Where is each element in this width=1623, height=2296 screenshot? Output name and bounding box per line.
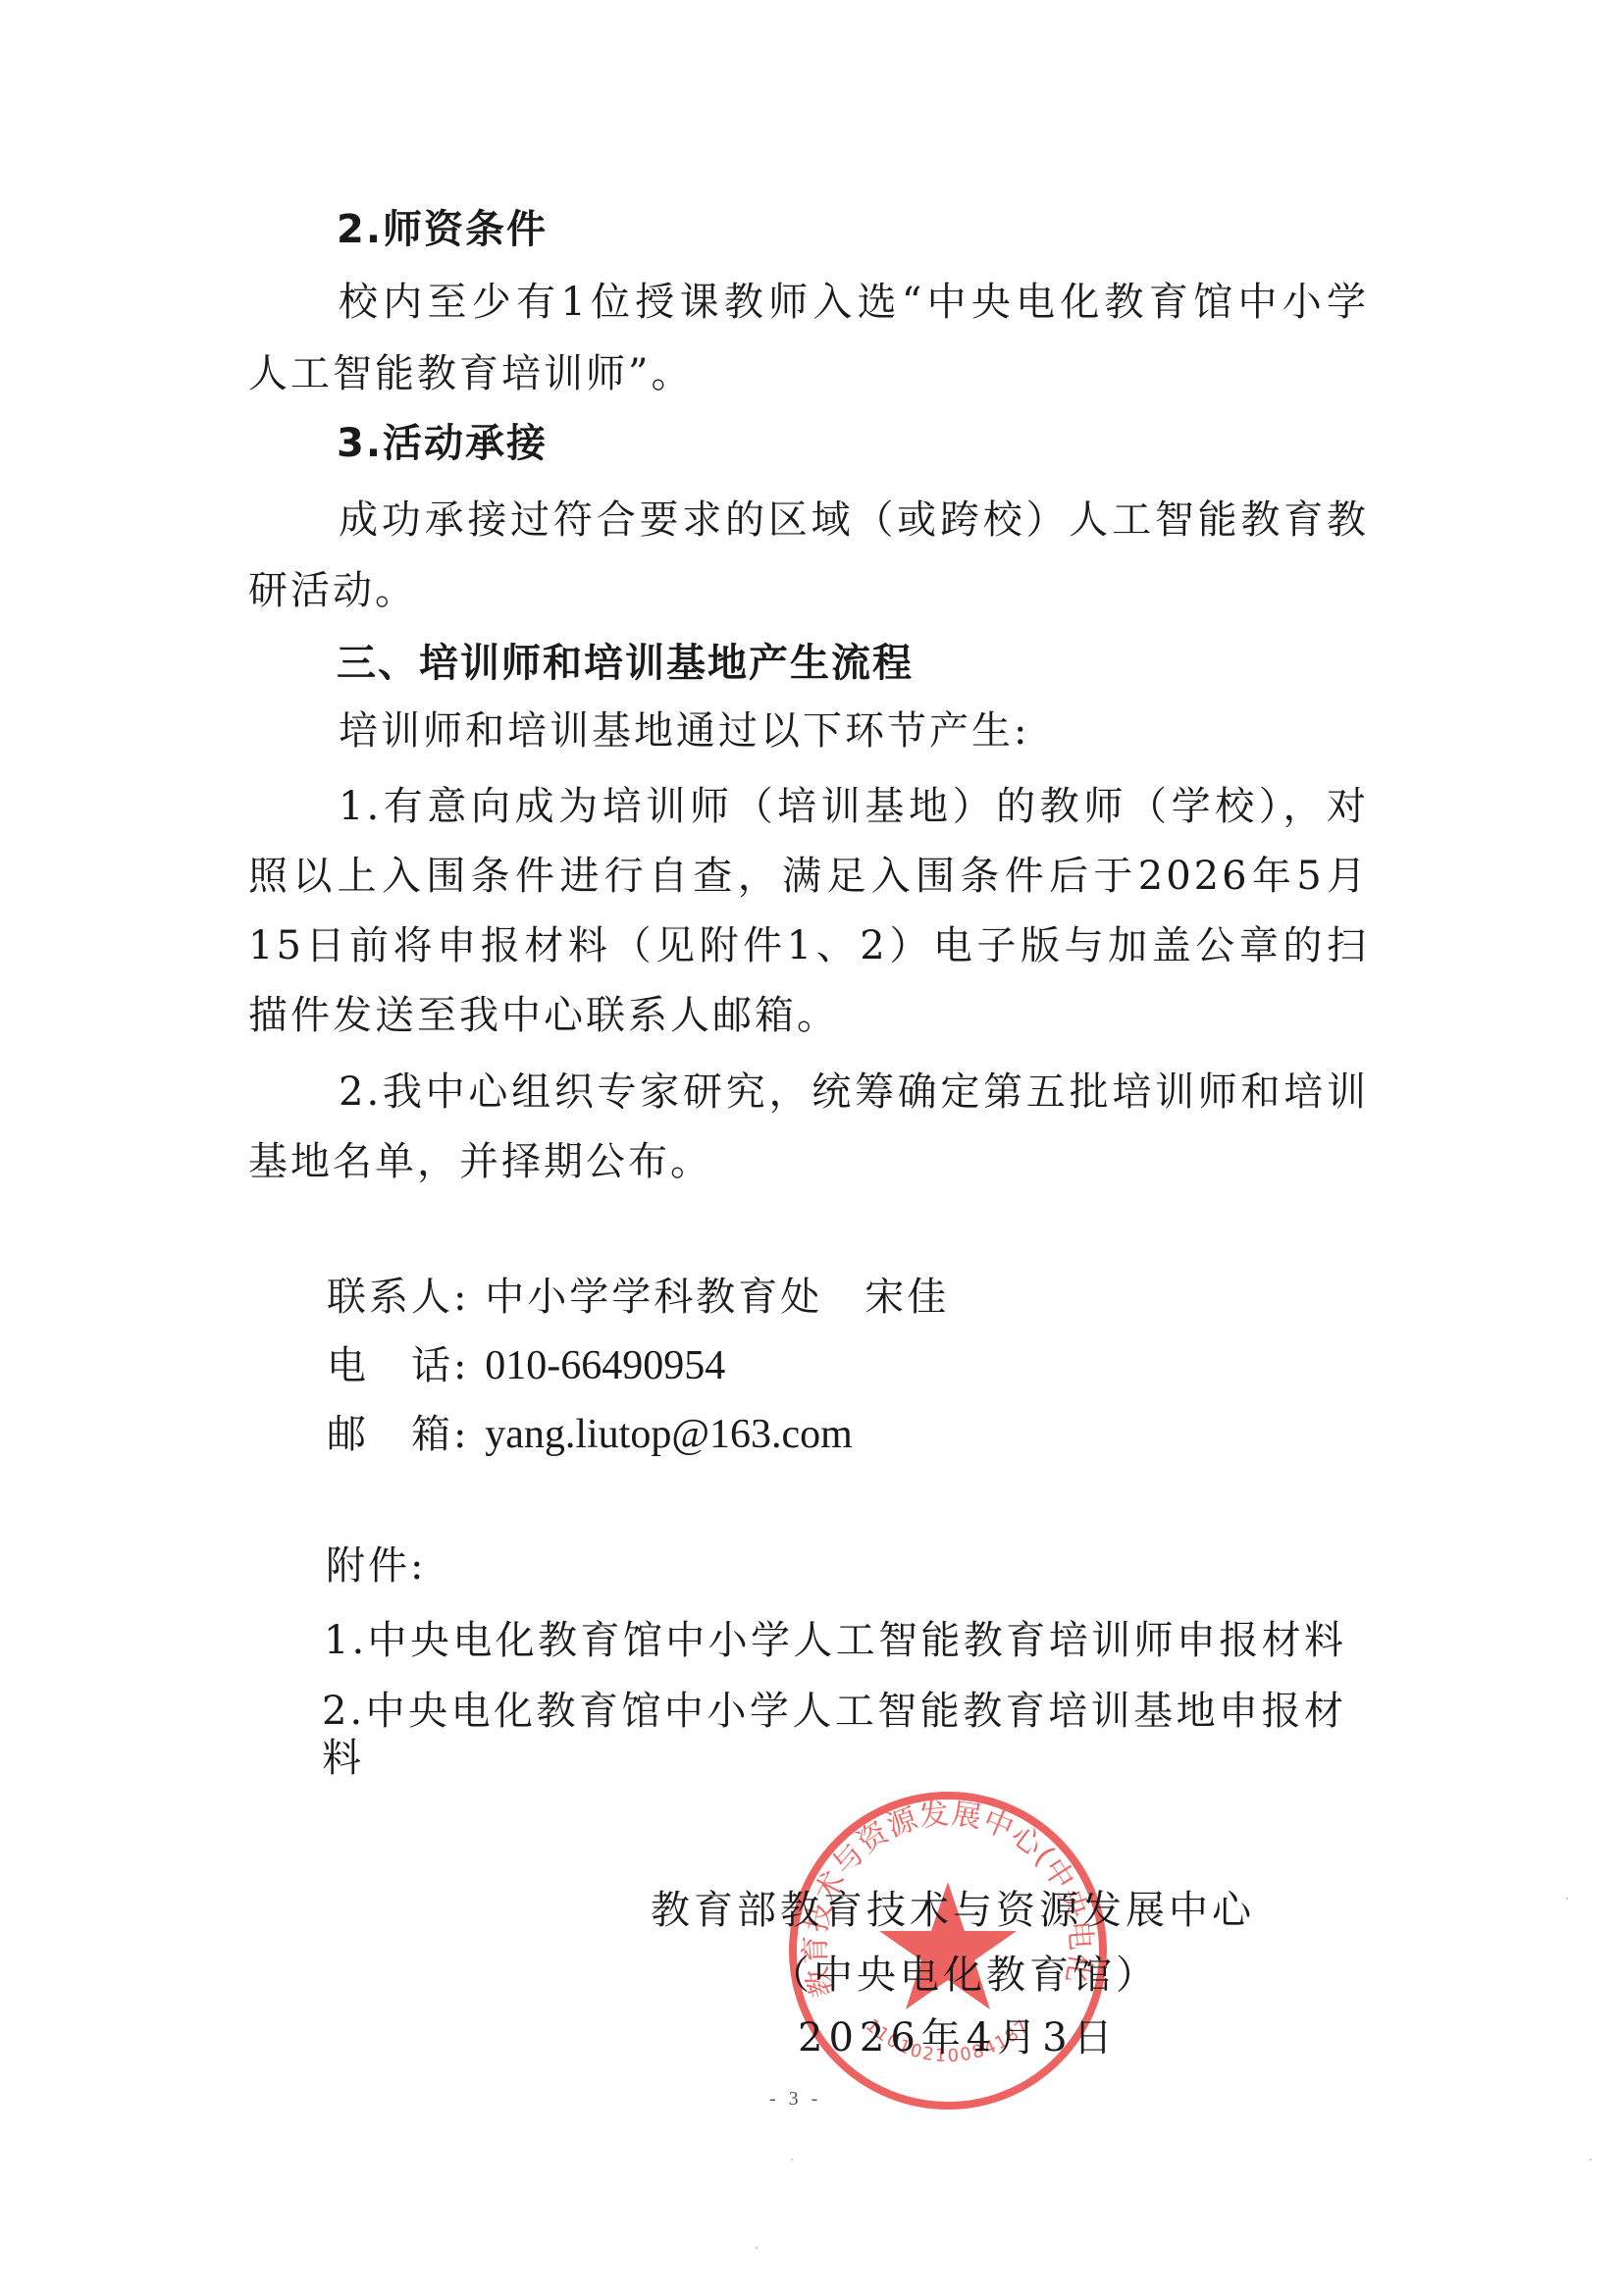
signature-date: 2026年4月3日 <box>798 2014 1119 2061</box>
contact-email-value[interactable]: yang.liutop@163.com <box>485 1412 853 1457</box>
paragraph-line: 研活动。 <box>248 567 417 614</box>
paragraph-line: 1.有意向成为培训师（培训基地）的教师（学校），对 <box>339 783 1369 830</box>
attachments-label: 附件: <box>326 1542 426 1590</box>
scan-speck <box>1590 2159 1592 2161</box>
contact-phone-label: 电 话: <box>327 1343 469 1388</box>
paragraph-line: 基地名单，并择期公布。 <box>248 1138 712 1185</box>
section-heading-activity: 3.活动承接 <box>337 420 548 467</box>
signature-org-line2: （中央电化教育馆） <box>770 1952 1159 1999</box>
contact-phone: 电 话: 010-66490954 <box>327 1342 725 1389</box>
contact-email: 邮 箱: yang.liutop@163.com <box>327 1411 853 1458</box>
signature-org-line1: 教育部教育技术与资源发展中心 <box>651 1887 1255 1934</box>
contact-phone-value: 010-66490954 <box>485 1343 725 1388</box>
section-heading-teacher-condition: 2.师资条件 <box>337 206 548 253</box>
paragraph-line: 15日前将申报材料（见附件1、2）电子版与加盖公章的扫 <box>248 922 1369 969</box>
paragraph-line: 描件发送至我中心联系人邮箱。 <box>248 992 839 1039</box>
paragraph-line: 2.我中心组织专家研究，统筹确定第五批培训师和培训 <box>339 1069 1369 1116</box>
section-heading-process: 三、培训师和培训基地产生流程 <box>337 640 914 687</box>
paragraph-line: 人工智能教育培训师”。 <box>248 350 693 397</box>
attachment-item-2: 2.中央电化教育馆中小学人工智能教育培训基地申报材料 <box>322 1688 1346 1782</box>
scan-speck <box>791 2159 793 2161</box>
scan-speck <box>1566 1898 1568 1900</box>
contact-email-label: 邮 箱: <box>327 1412 469 1457</box>
paragraph-line: 培训师和培训基地通过以下环节产生: <box>339 707 1029 755</box>
official-seal-icon: 教育部教育技术与资源发展中心(中央电化教育馆) 11010210084187 <box>786 1789 1110 2113</box>
paragraph-line: 照以上入围条件进行自查，满足入围条件后于2026年5月 <box>248 853 1369 900</box>
paragraph-line: 校内至少有1位授课教师入选“中央电化教育馆中小学 <box>339 279 1369 326</box>
paragraph-line: 成功承接过符合要求的区域（或跨校）人工智能教育教 <box>339 496 1369 544</box>
contact-person-value: 中小学学科教育处 宋佳 <box>485 1275 949 1320</box>
contact-person-label: 联系人: <box>327 1275 469 1320</box>
attachment-item-1: 1.中央电化教育馆中小学人工智能教育培训师申报材料 <box>324 1617 1346 1664</box>
scan-speck <box>756 2247 758 2249</box>
contact-person: 联系人: 中小学学科教育处 宋佳 <box>327 1274 949 1321</box>
